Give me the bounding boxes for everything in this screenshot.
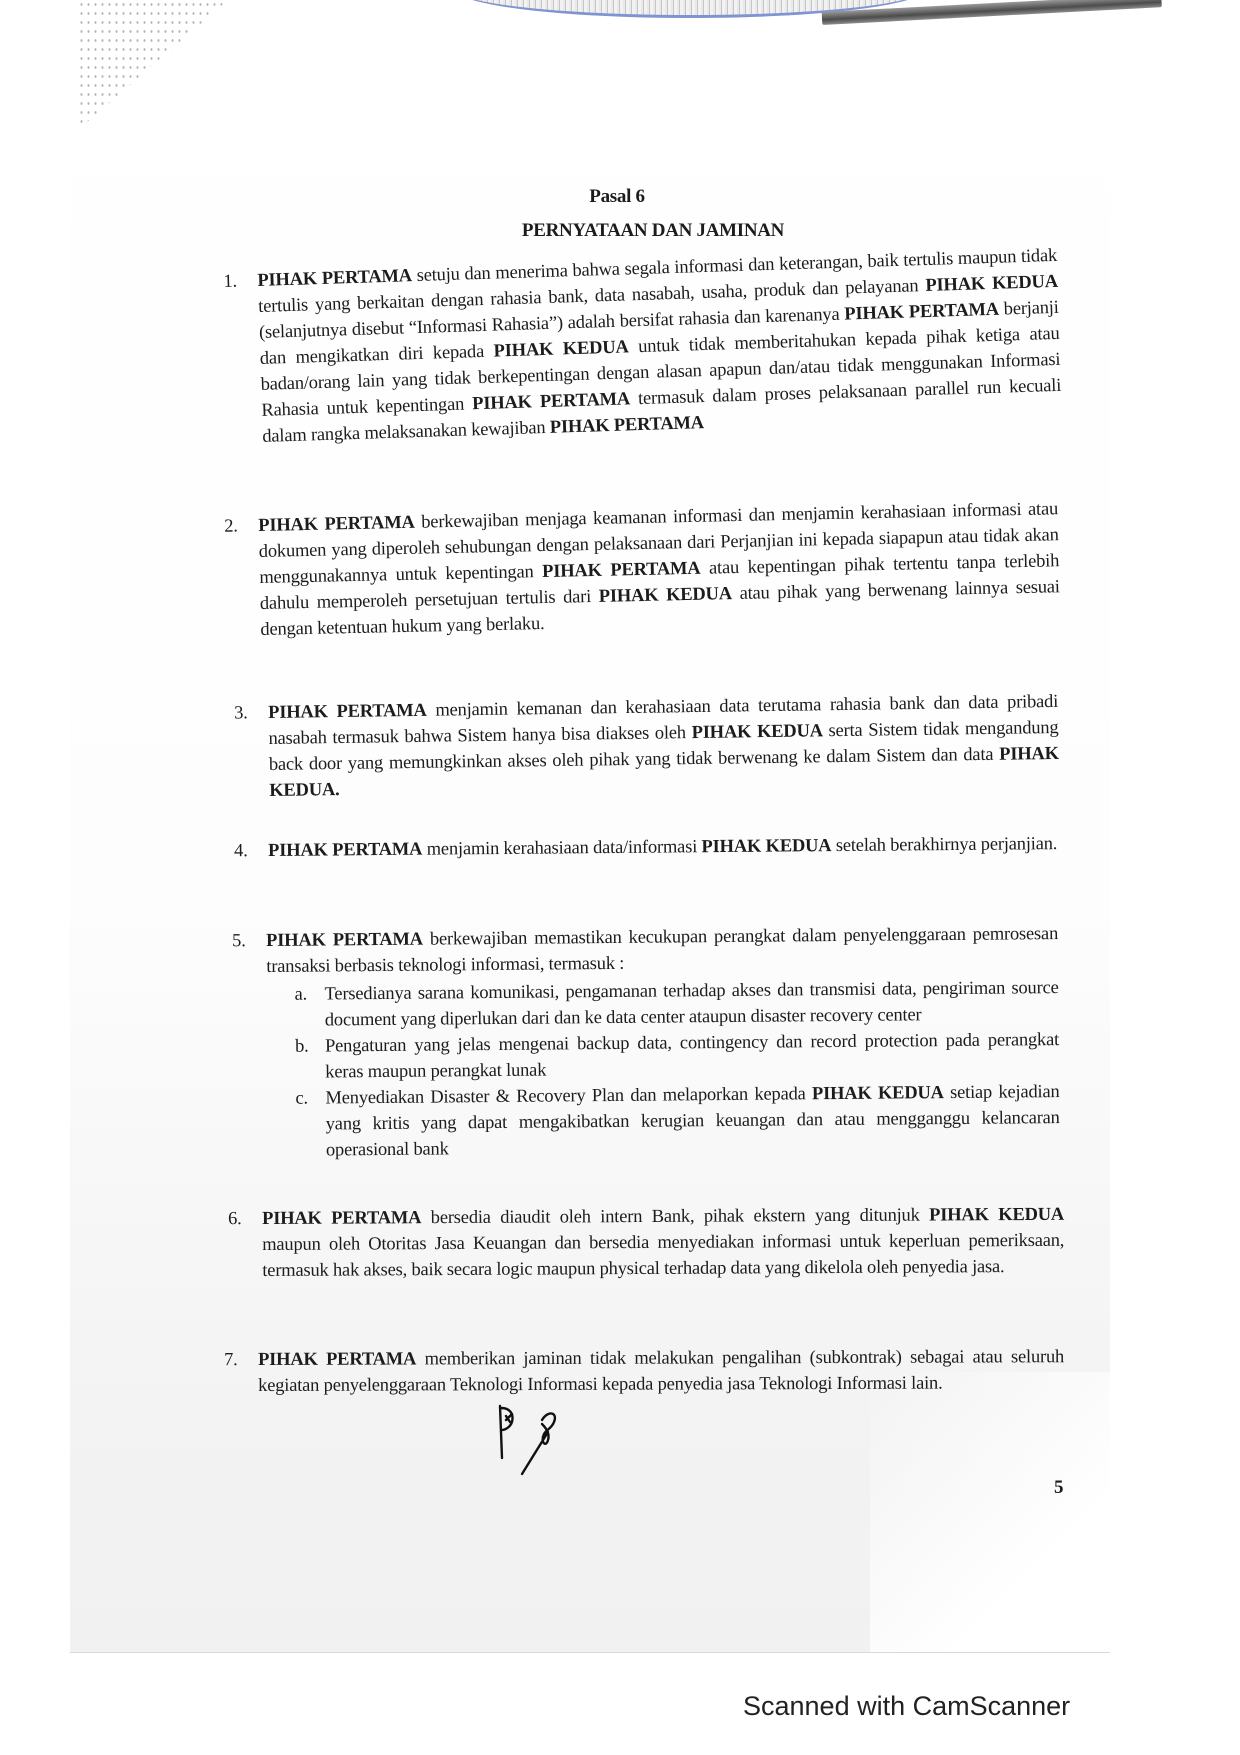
party-name: PIHAK KEDUA	[493, 337, 629, 361]
clause-number: 5.	[232, 928, 246, 954]
clause-text: PIHAK PERTAMA berkewajiban menjaga keama…	[258, 499, 1060, 640]
text-run: maupun oleh Otoritas Jasa Keuangan dan b…	[262, 1231, 1064, 1281]
subitem-text: Menyediakan Disaster & Recovery Plan dan…	[325, 1082, 1059, 1160]
party-name: PIHAK KEDUA	[929, 1205, 1064, 1226]
party-name: PIHAK KEDUA	[692, 721, 823, 743]
clause-text: PIHAK PERTAMA menjamin kemanan dan kerah…	[268, 692, 1059, 801]
clause-number: 7.	[224, 1347, 238, 1373]
party-name: PIHAK PERTAMA	[844, 300, 999, 325]
article-title: PERNYATAAN DAN JAMINAN	[33, 220, 1240, 242]
clause-text: PIHAK PERTAMA bersedia diaudit oleh inte…	[262, 1205, 1064, 1281]
subitem-a: a. Tersedianya sarana komunikasi, pengam…	[324, 975, 1058, 1033]
subitem-letter: a.	[294, 982, 307, 1008]
subitem-c: c. Menyediakan Disaster & Recovery Plan …	[325, 1079, 1060, 1163]
clause-text: PIHAK PERTAMA setuju dan menerima bahwa …	[257, 246, 1061, 447]
party-name: PIHAK PERTAMA	[258, 513, 415, 536]
article-label: Pasal 6	[0, 186, 1237, 208]
signature-initials	[492, 1400, 572, 1480]
subitem-letter: b.	[295, 1034, 309, 1060]
party-name: PIHAK PERTAMA	[258, 1349, 416, 1370]
subitem-text: Pengaturan yang jelas mengenai backup da…	[325, 1030, 1059, 1082]
clause-7: 7. PIHAK PERTAMA memberikan jaminan tida…	[258, 1344, 1064, 1399]
clause-number: 2.	[224, 513, 238, 539]
party-name: PIHAK PERTAMA	[266, 930, 423, 951]
party-name: PIHAK PERTAMA	[268, 840, 422, 861]
clause-6: 6. PIHAK PERTAMA bersedia diaudit oleh i…	[262, 1202, 1064, 1284]
text-run: Menyediakan Disaster & Recovery Plan dan…	[325, 1084, 812, 1108]
clause-1: 1. PIHAK PERTAMA setuju dan menerima bah…	[257, 243, 1062, 450]
text-run: setelah berakhirnya perjanjian.	[831, 834, 1057, 856]
party-name: PIHAK PERTAMA	[262, 1208, 421, 1229]
party-name: PIHAK KEDUA	[599, 584, 733, 607]
party-name: PIHAK KEDUA	[925, 272, 1058, 296]
subitem-letter: c.	[295, 1086, 308, 1112]
subitem-b: b. Pengaturan yang jelas mengenai backup…	[325, 1027, 1059, 1085]
text-run: Pengaturan yang jelas mengenai backup da…	[325, 1030, 1059, 1082]
party-name: PIHAK PERTAMA	[268, 701, 427, 723]
party-name: PIHAK KEDUA	[701, 836, 831, 857]
party-name: PIHAK PERTAMA	[542, 559, 701, 582]
clause-text: PIHAK PERTAMA memberikan jaminan tidak m…	[258, 1347, 1064, 1396]
text-run: menjamin kerahasiaan data/informasi	[422, 837, 701, 859]
clause-text: PIHAK PERTAMA menjamin kerahasiaan data/…	[268, 834, 1057, 861]
clause-5-subitems: a. Tersedianya sarana komunikasi, pengam…	[266, 975, 1060, 1164]
party-name: PIHAK KEDUA	[812, 1083, 944, 1104]
party-name: PIHAK PERTAMA	[472, 389, 630, 414]
clause-2: 2. PIHAK PERTAMA berkewajiban menjaga ke…	[258, 496, 1061, 643]
clause-3: 3. PIHAK PERTAMA menjamin kemanan dan ke…	[268, 689, 1059, 804]
text-run: Tersedianya sarana komunikasi, pengamana…	[324, 978, 1058, 1030]
clause-number: 1.	[223, 269, 237, 295]
subitem-text: Tersedianya sarana komunikasi, pengamana…	[324, 978, 1058, 1030]
page-number: 5	[1054, 1477, 1064, 1499]
party-name: PIHAK PERTAMA	[257, 266, 412, 291]
clause-number: 6.	[228, 1206, 242, 1232]
camscanner-watermark: Scanned with CamScanner	[743, 1691, 1070, 1722]
clause-5: 5. PIHAK PERTAMA berkewajiban memastikan…	[266, 921, 1060, 1164]
page-edge	[70, 1652, 1110, 1653]
party-name: PIHAK PERTAMA	[550, 413, 705, 438]
clause-number: 4.	[234, 838, 248, 864]
text-run: bersedia diaudit oleh intern Bank, pihak…	[421, 1206, 929, 1229]
clause-number: 3.	[234, 700, 248, 726]
clause-text: PIHAK PERTAMA berkewajiban memastikan ke…	[266, 924, 1058, 977]
